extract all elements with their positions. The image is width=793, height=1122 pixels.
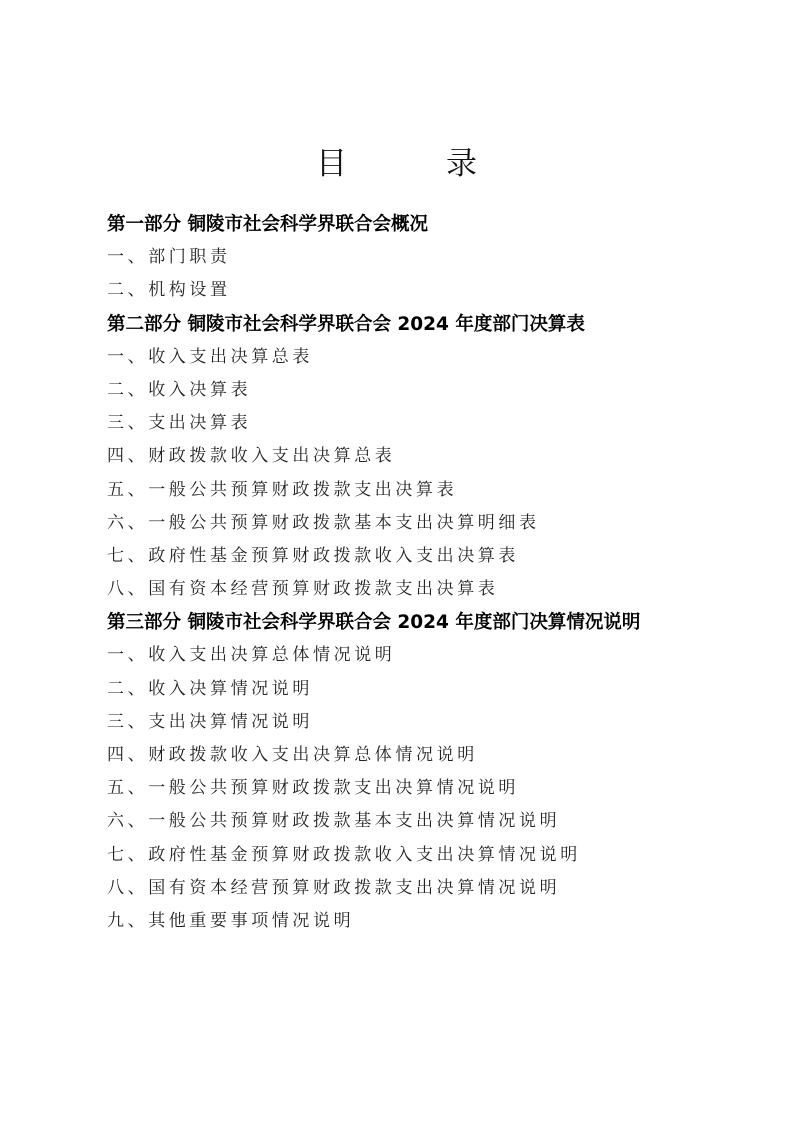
document-page: 目 录 第一部分 铜陵市社会科学界联合会概况 一、部门职责 二、机构设置 第二部…	[0, 0, 793, 1122]
toc-item: 六、一般公共预算财政拨款基本支出决算明细表	[107, 507, 707, 540]
toc-item: 五、一般公共预算财政拨款支出决算表	[107, 474, 707, 507]
toc-item: 二、收入决算表	[107, 374, 707, 407]
toc-item: 六、一般公共预算财政拨款基本支出决算情况说明	[107, 805, 707, 838]
toc-item: 八、国有资本经营预算财政拨款支出决算情况说明	[107, 872, 707, 905]
table-of-contents: 第一部分 铜陵市社会科学界联合会概况 一、部门职责 二、机构设置 第二部分 铜陵…	[107, 208, 707, 938]
toc-part-heading: 第三部分 铜陵市社会科学界联合会 2024 年度部门决算情况说明	[107, 606, 697, 639]
toc-item: 一、部门职责	[107, 241, 707, 274]
page-title: 目 录	[0, 142, 793, 186]
toc-item: 七、政府性基金预算财政拨款收入支出决算表	[107, 540, 707, 573]
toc-item: 四、财政拨款收入支出决算总体情况说明	[107, 739, 707, 772]
toc-item: 三、支出决算情况说明	[107, 706, 707, 739]
toc-item: 一、收入支出决算总体情况说明	[107, 639, 707, 672]
toc-item: 九、其他重要事项情况说明	[107, 905, 707, 938]
toc-item: 三、支出决算表	[107, 407, 707, 440]
toc-item: 二、机构设置	[107, 274, 707, 307]
toc-item: 八、国有资本经营预算财政拨款支出决算表	[107, 573, 707, 606]
toc-item: 一、收入支出决算总表	[107, 341, 707, 374]
toc-item: 五、一般公共预算财政拨款支出决算情况说明	[107, 772, 707, 805]
toc-part-heading: 第二部分 铜陵市社会科学界联合会 2024 年度部门决算表	[107, 308, 707, 341]
toc-part-heading: 第一部分 铜陵市社会科学界联合会概况	[107, 208, 707, 241]
toc-item: 七、政府性基金预算财政拨款收入支出决算情况说明	[107, 839, 707, 872]
toc-item: 二、收入决算情况说明	[107, 673, 707, 706]
toc-item: 四、财政拨款收入支出决算总表	[107, 440, 707, 473]
